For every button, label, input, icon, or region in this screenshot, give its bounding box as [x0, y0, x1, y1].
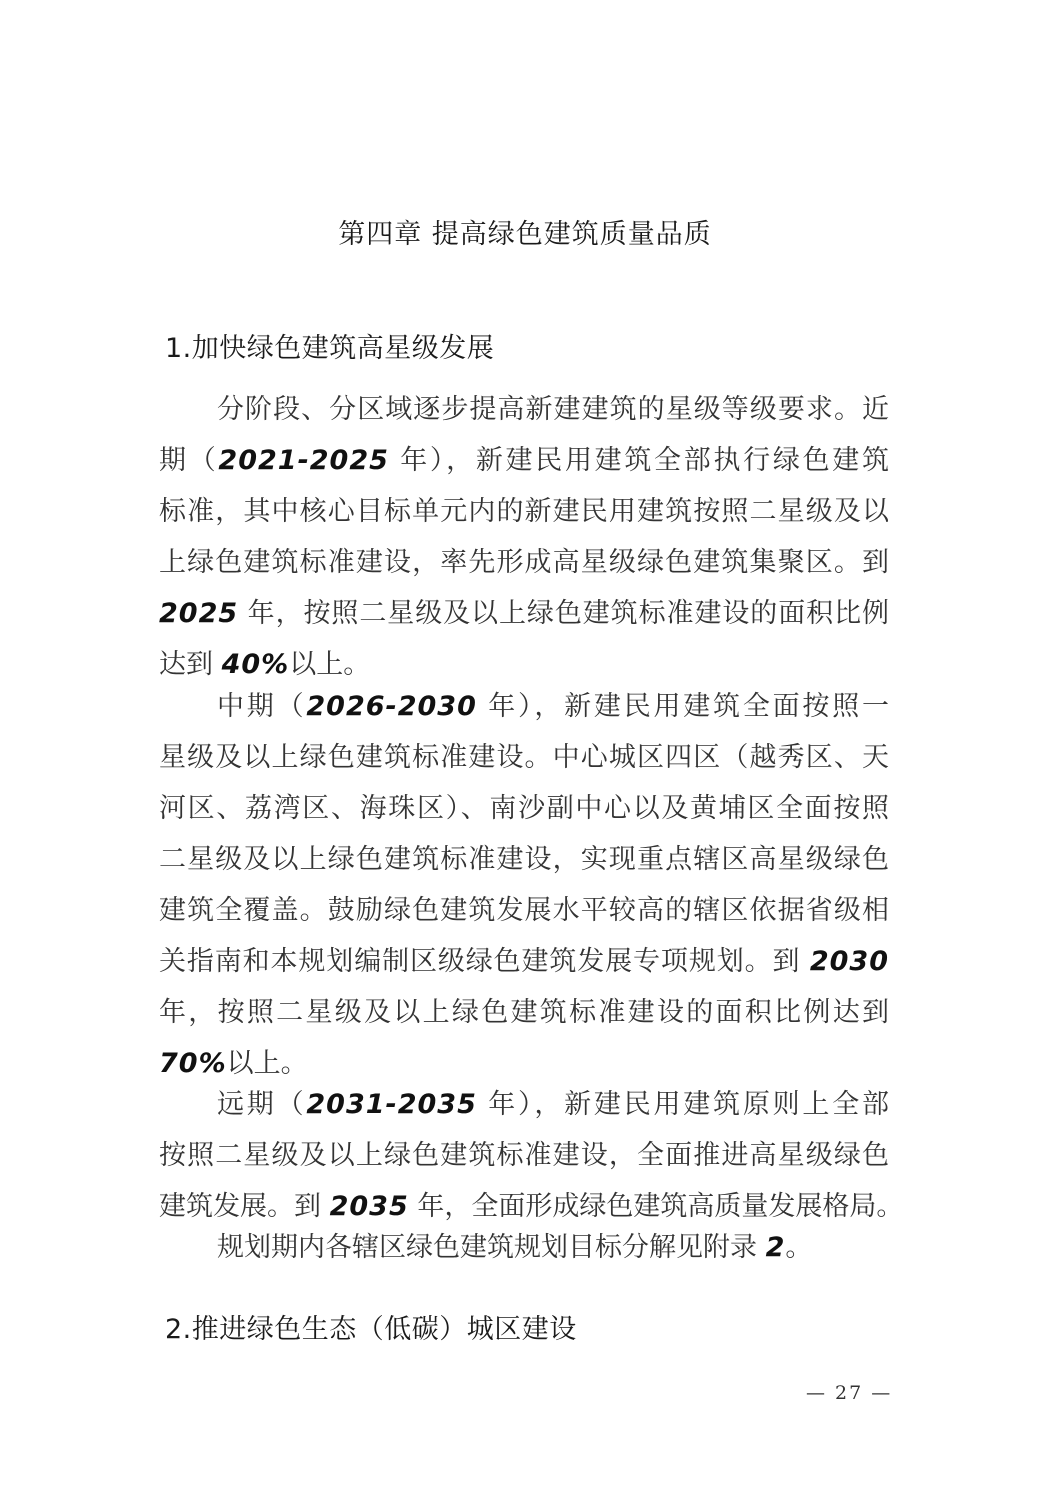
- appendix-number: 2: [766, 1232, 786, 1263]
- paragraph-line: 2025 年，按照二星级及以上绿色建筑标准建设的面积比例: [159, 588, 889, 639]
- paragraph-line: 按照二星级及以上绿色建筑标准建设，全面推进高星级绿色: [159, 1130, 889, 1181]
- text-run: 。: [785, 1232, 812, 1263]
- year-range: 2026-2030: [306, 691, 477, 722]
- year: 2035: [330, 1191, 409, 1222]
- text-run: 远期（: [217, 1089, 306, 1120]
- text-run: 期（: [159, 445, 218, 476]
- paragraph-line: 中期（2026-2030 年），新建民用建筑全面按照一: [159, 681, 889, 732]
- paragraph-line: 规划期内各辖区绿色建筑规划目标分解见附录 2。: [159, 1222, 889, 1273]
- text-run: 达到: [159, 649, 222, 680]
- paragraph-line: 远期（2031-2035 年），新建民用建筑原则上全部: [159, 1079, 889, 1130]
- text-run: 按照二星级及以上绿色建筑标准建设，全面推进高星级绿色: [159, 1140, 889, 1171]
- text-run: 关指南和本规划编制区级绿色建筑发展专项规划。到: [159, 946, 810, 977]
- section-heading-1: 1.加快绿色建筑高星级发展: [165, 326, 494, 365]
- percentage: 70%: [159, 1048, 227, 1079]
- page-number: — 27 —: [806, 1382, 892, 1404]
- year: 2030: [810, 946, 889, 977]
- text-run: 年），新建民用建筑全部执行绿色建筑: [389, 445, 889, 476]
- paragraph-line: 年，按照二星级及以上绿色建筑标准建设的面积比例达到: [159, 987, 889, 1038]
- text-run: 规划期内各辖区绿色建筑规划目标分解见附录: [217, 1232, 766, 1263]
- paragraph-line: 分阶段、分区域逐步提高新建建筑的星级等级要求。近: [159, 384, 889, 435]
- chapter-title: 第四章 提高绿色建筑质量品质: [0, 212, 1050, 251]
- text-run: 年，全面形成绿色建筑高质量发展格局。: [409, 1191, 904, 1222]
- paragraph-line: 二星级及以上绿色建筑标准建设，实现重点辖区高星级绿色: [159, 834, 889, 885]
- paragraph-line: 期（2021-2025 年），新建民用建筑全部执行绿色建筑: [159, 435, 889, 486]
- text-run: 建筑全覆盖。鼓励绿色建筑发展水平较高的辖区依据省级相: [159, 895, 889, 926]
- text-run: 二星级及以上绿色建筑标准建设，实现重点辖区高星级绿色: [159, 844, 889, 875]
- paragraph-near-term: 分阶段、分区域逐步提高新建建筑的星级等级要求。近 期（2021-2025 年），…: [159, 384, 889, 690]
- text-run: 以上。: [227, 1048, 308, 1079]
- paragraph-line: 关指南和本规划编制区级绿色建筑发展专项规划。到 2030: [159, 936, 889, 987]
- document-page: 第四章 提高绿色建筑质量品质 1.加快绿色建筑高星级发展 分阶段、分区域逐步提高…: [0, 0, 1050, 1485]
- section-heading-2: 2.推进绿色生态（低碳）城区建设: [165, 1307, 577, 1346]
- text-run: 标准，其中核心目标单元内的新建民用建筑按照二星级及以: [159, 496, 889, 527]
- year-range: 2021-2025: [218, 445, 389, 476]
- text-run: 上绿色建筑标准建设，率先形成高星级绿色建筑集聚区。到: [159, 547, 889, 578]
- paragraph-line: 上绿色建筑标准建设，率先形成高星级绿色建筑集聚区。到: [159, 537, 889, 588]
- paragraph-line: 标准，其中核心目标单元内的新建民用建筑按照二星级及以: [159, 486, 889, 537]
- text-run: 年，按照二星级及以上绿色建筑标准建设的面积比例达到: [159, 997, 889, 1028]
- text-run: 以上。: [289, 649, 370, 680]
- text-run: 中期（: [217, 691, 306, 722]
- text-run: 星级及以上绿色建筑标准建设。中心城区四区（越秀区、天: [159, 742, 889, 773]
- text-run: 年），新建民用建筑全面按照一: [477, 691, 889, 722]
- paragraph-line: 河区、荔湾区、海珠区）、南沙副中心以及黄埔区全面按照: [159, 783, 889, 834]
- text-run: 年），新建民用建筑原则上全部: [477, 1089, 889, 1120]
- text-run: 河区、荔湾区、海珠区）、南沙副中心以及黄埔区全面按照: [159, 793, 889, 824]
- year: 2025: [159, 598, 238, 629]
- paragraph-long-term: 远期（2031-2035 年），新建民用建筑原则上全部 按照二星级及以上绿色建筑…: [159, 1079, 889, 1232]
- paragraph-line: 星级及以上绿色建筑标准建设。中心城区四区（越秀区、天: [159, 732, 889, 783]
- percentage: 40%: [222, 649, 290, 680]
- text-run: 分阶段、分区域逐步提高新建建筑的星级等级要求。近: [217, 394, 889, 425]
- text-run: 年，按照二星级及以上绿色建筑标准建设的面积比例: [238, 598, 889, 629]
- text-run: 建筑发展。到: [159, 1191, 330, 1222]
- paragraph-appendix-reference: 规划期内各辖区绿色建筑规划目标分解见附录 2。: [159, 1222, 889, 1273]
- paragraph-line: 建筑全覆盖。鼓励绿色建筑发展水平较高的辖区依据省级相: [159, 885, 889, 936]
- year-range: 2031-2035: [306, 1089, 477, 1120]
- paragraph-mid-term: 中期（2026-2030 年），新建民用建筑全面按照一 星级及以上绿色建筑标准建…: [159, 681, 889, 1089]
